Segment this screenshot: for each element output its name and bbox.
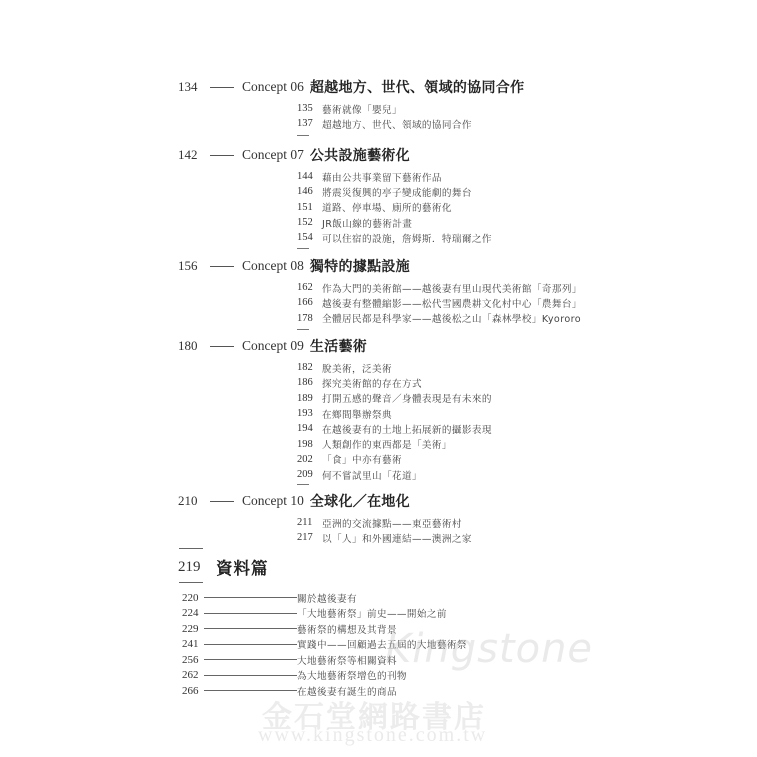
sub-entry-title: 人類創作的東西都是「美術」	[322, 437, 452, 451]
leader-dash	[210, 266, 234, 267]
sub-page-number: 152	[297, 217, 322, 228]
concept-heading: 156 Concept 08 獨特的據點設施	[178, 256, 410, 276]
sub-entry: 217以「人」和外國連結——澳洲之家	[297, 530, 472, 545]
sub-entry: 137超越地方、世代、領域的協同合作	[297, 116, 472, 131]
sub-entry: 209何不嘗試里山「花道」	[297, 467, 492, 482]
concept-title: 公共設施藝術化	[310, 145, 410, 165]
sub-entry-title: JR飯山線的藝術計畫	[322, 216, 412, 230]
concept-heading: 180 Concept 09 生活藝術	[178, 336, 367, 356]
concept-heading: 210 Concept 10 全球化／在地化	[178, 491, 410, 511]
sub-entry: 182脫美術，泛美術	[297, 360, 492, 375]
data-page-number: 229	[182, 623, 204, 635]
sub-entry: 135藝術就像「嬰兒」	[297, 101, 472, 116]
sub-entry: 144藉由公共事業留下藝術作品	[297, 169, 492, 184]
sub-entry: 194在越後妻有的土地上拓展新的攝影表現	[297, 421, 492, 436]
sub-page-number: 166	[297, 297, 322, 308]
sub-entry: 189打開五感的聲音／身體表現是有未來的	[297, 391, 492, 406]
data-entry-title: 實踐中——回顧過去五屆的大地藝術祭	[297, 637, 467, 651]
sub-entry-title: 將震災復興的亭子變成能劇的舞台	[322, 185, 472, 199]
sub-entry: 186探究美術館的存在方式	[297, 375, 492, 390]
sub-page-number: 137	[297, 118, 322, 129]
data-entry-title: 大地藝術祭等相關資料	[297, 653, 397, 667]
watermark-url: www.kingstone.com.tw	[258, 724, 487, 747]
leader-line	[204, 597, 297, 598]
sub-entry-title: 道路、停車場、廁所的藝術化	[322, 200, 452, 214]
sub-entry-list: 135藝術就像「嬰兒」 137超越地方、世代、領域的協同合作	[297, 101, 472, 132]
concept-label: Concept 07	[242, 147, 304, 163]
sub-entry: 166越後妻有整體縮影——松代雪國農耕文化村中心「農舞台」	[297, 295, 582, 310]
sub-entry: 151道路、停車場、廁所的藝術化	[297, 200, 492, 215]
sub-page-number: 182	[297, 362, 322, 373]
concept-page-number: 210	[178, 493, 204, 509]
data-entry-title: 藝術祭的構想及其背景	[297, 622, 397, 636]
leader-dash	[210, 87, 234, 88]
data-section-separator-bottom	[179, 582, 203, 583]
sub-entry-title: 何不嘗試里山「花道」	[322, 468, 422, 482]
concept-page-number: 134	[178, 79, 204, 95]
sub-page-number: 211	[297, 517, 322, 528]
concept-label: Concept 08	[242, 258, 304, 274]
data-page-number: 266	[182, 685, 204, 697]
leader-line	[204, 613, 297, 614]
data-entry: 229藝術祭的構想及其背景	[182, 621, 467, 637]
sub-entry-title: 藉由公共事業留下藝術作品	[322, 170, 442, 184]
sub-entry-title: 藝術就像「嬰兒」	[322, 102, 402, 116]
sub-page-number: 178	[297, 313, 322, 324]
data-page-number: 256	[182, 654, 204, 666]
sub-page-number: 202	[297, 454, 322, 465]
sub-entry-title: 探究美術館的存在方式	[322, 376, 422, 390]
sub-entry: 198人類創作的東西都是「美術」	[297, 436, 492, 451]
sub-entry-title: 「食」中亦有藝術	[322, 452, 402, 466]
data-section-title: 資料篇	[216, 555, 269, 579]
sub-entry: 202「食」中亦有藝術	[297, 452, 492, 467]
concept-title: 超越地方、世代、領域的協同合作	[310, 77, 525, 97]
sub-page-number: 146	[297, 186, 322, 197]
sub-entry-title: 越後妻有整體縮影——松代雪國農耕文化村中心「農舞台」	[322, 296, 582, 310]
concept-label: Concept 10	[242, 493, 304, 509]
data-page-number: 262	[182, 669, 204, 681]
data-page-number: 220	[182, 592, 204, 604]
sub-entry-title: 以「人」和外國連結——澳洲之家	[322, 531, 472, 545]
sub-page-number: 189	[297, 393, 322, 404]
sub-page-number: 151	[297, 202, 322, 213]
sub-entry-title: 超越地方、世代、領域的協同合作	[322, 117, 472, 131]
concept-title: 全球化／在地化	[310, 491, 410, 511]
leader-dash	[210, 346, 234, 347]
concept-page-number: 156	[178, 258, 204, 274]
sub-page-number: 144	[297, 171, 322, 182]
sub-entry: 162作為大門的美術館——越後妻有里山現代美術館「奇那列」	[297, 280, 582, 295]
table-of-contents-page: 134 Concept 06 超越地方、世代、領域的協同合作 135藝術就像「嬰…	[0, 0, 757, 757]
concept-title: 獨特的據點設施	[310, 256, 410, 276]
concept-label: Concept 09	[242, 338, 304, 354]
data-page-number: 241	[182, 638, 204, 650]
sub-entry: 146將震災復興的亭子變成能劇的舞台	[297, 184, 492, 199]
concept-title: 生活藝術	[310, 336, 367, 356]
data-entry-title: 關於越後妻有	[297, 591, 357, 605]
sub-page-number: 198	[297, 439, 322, 450]
data-entry: 224「大地藝術祭」前史——開始之前	[182, 606, 467, 622]
section-separator	[297, 329, 309, 330]
concept-page-number: 180	[178, 338, 204, 354]
leader-dash	[210, 501, 234, 502]
watermark-store-name: 金石堂網路書店	[262, 692, 486, 736]
data-entry: 266在越後妻有誕生的商品	[182, 683, 467, 699]
sub-page-number: 135	[297, 103, 322, 114]
leader-line	[204, 644, 297, 645]
sub-entry-list: 144藉由公共事業留下藝術作品 146將震災復興的亭子變成能劇的舞台 151道路…	[297, 169, 492, 245]
sub-entry: 178全體居民都是科學家——越後松之山「森林學校」Kyororo	[297, 311, 582, 326]
sub-entry: 211亞洲的交流據點——東亞藝術村	[297, 515, 472, 530]
sub-entry: 193在鄉間舉辦祭典	[297, 406, 492, 421]
data-page-number: 224	[182, 607, 204, 619]
concept-label: Concept 06	[242, 79, 304, 95]
sub-page-number: 209	[297, 469, 322, 480]
data-section-page-number: 219	[178, 559, 216, 576]
sub-entry-title: 亞洲的交流據點——東亞藝術村	[322, 516, 462, 530]
concept-page-number: 142	[178, 147, 204, 163]
leader-line	[204, 675, 297, 676]
sub-entry-list: 182脫美術，泛美術 186探究美術館的存在方式 189打開五感的聲音／身體表現…	[297, 360, 492, 482]
sub-entry-title: 在鄉間舉辦祭典	[322, 407, 392, 421]
leader-line	[204, 690, 297, 691]
sub-entry: 152JR飯山線的藝術計畫	[297, 215, 492, 230]
sub-entry: 154可以住宿的設施，詹姆斯．特瑞爾之作	[297, 230, 492, 245]
leader-dash	[210, 155, 234, 156]
leader-line	[204, 659, 297, 660]
section-separator	[297, 135, 309, 136]
sub-entry-list: 211亞洲的交流據點——東亞藝術村 217以「人」和外國連結——澳洲之家	[297, 515, 472, 546]
data-entry: 256大地藝術祭等相關資料	[182, 652, 467, 668]
sub-page-number: 193	[297, 408, 322, 419]
leader-line	[204, 628, 297, 629]
section-separator	[297, 484, 309, 485]
sub-entry-title: 在越後妻有的土地上拓展新的攝影表現	[322, 422, 492, 436]
sub-entry-title: 可以住宿的設施，詹姆斯．特瑞爾之作	[322, 231, 492, 245]
sub-page-number: 194	[297, 423, 322, 434]
sub-entry-title: 作為大門的美術館——越後妻有里山現代美術館「奇那列」	[322, 281, 582, 295]
data-section-heading: 219 資料篇	[178, 555, 269, 579]
sub-entry-title: 全體居民都是科學家——越後松之山「森林學校」Kyororo	[322, 311, 581, 325]
data-entry-list: 220關於越後妻有 224「大地藝術祭」前史——開始之前 229藝術祭的構想及其…	[182, 590, 467, 699]
sub-entry-title: 脫美術，泛美術	[322, 361, 392, 375]
sub-entry-title: 打開五感的聲音／身體表現是有未來的	[322, 391, 492, 405]
data-entry-title: 「大地藝術祭」前史——開始之前	[297, 606, 447, 620]
data-entry: 241實踐中——回顧過去五屆的大地藝術祭	[182, 637, 467, 653]
sub-page-number: 154	[297, 232, 322, 243]
section-separator	[297, 248, 309, 249]
sub-entry-list: 162作為大門的美術館——越後妻有里山現代美術館「奇那列」 166越後妻有整體縮…	[297, 280, 582, 326]
data-entry: 220關於越後妻有	[182, 590, 467, 606]
data-section-separator-top	[179, 548, 203, 549]
sub-page-number: 217	[297, 532, 322, 543]
sub-page-number: 162	[297, 282, 322, 293]
data-entry-title: 為大地藝術祭增色的刊物	[297, 668, 407, 682]
concept-heading: 142 Concept 07 公共設施藝術化	[178, 145, 410, 165]
concept-heading: 134 Concept 06 超越地方、世代、領域的協同合作	[178, 77, 524, 97]
data-entry-title: 在越後妻有誕生的商品	[297, 684, 397, 698]
sub-page-number: 186	[297, 377, 322, 388]
data-entry: 262為大地藝術祭增色的刊物	[182, 668, 467, 684]
